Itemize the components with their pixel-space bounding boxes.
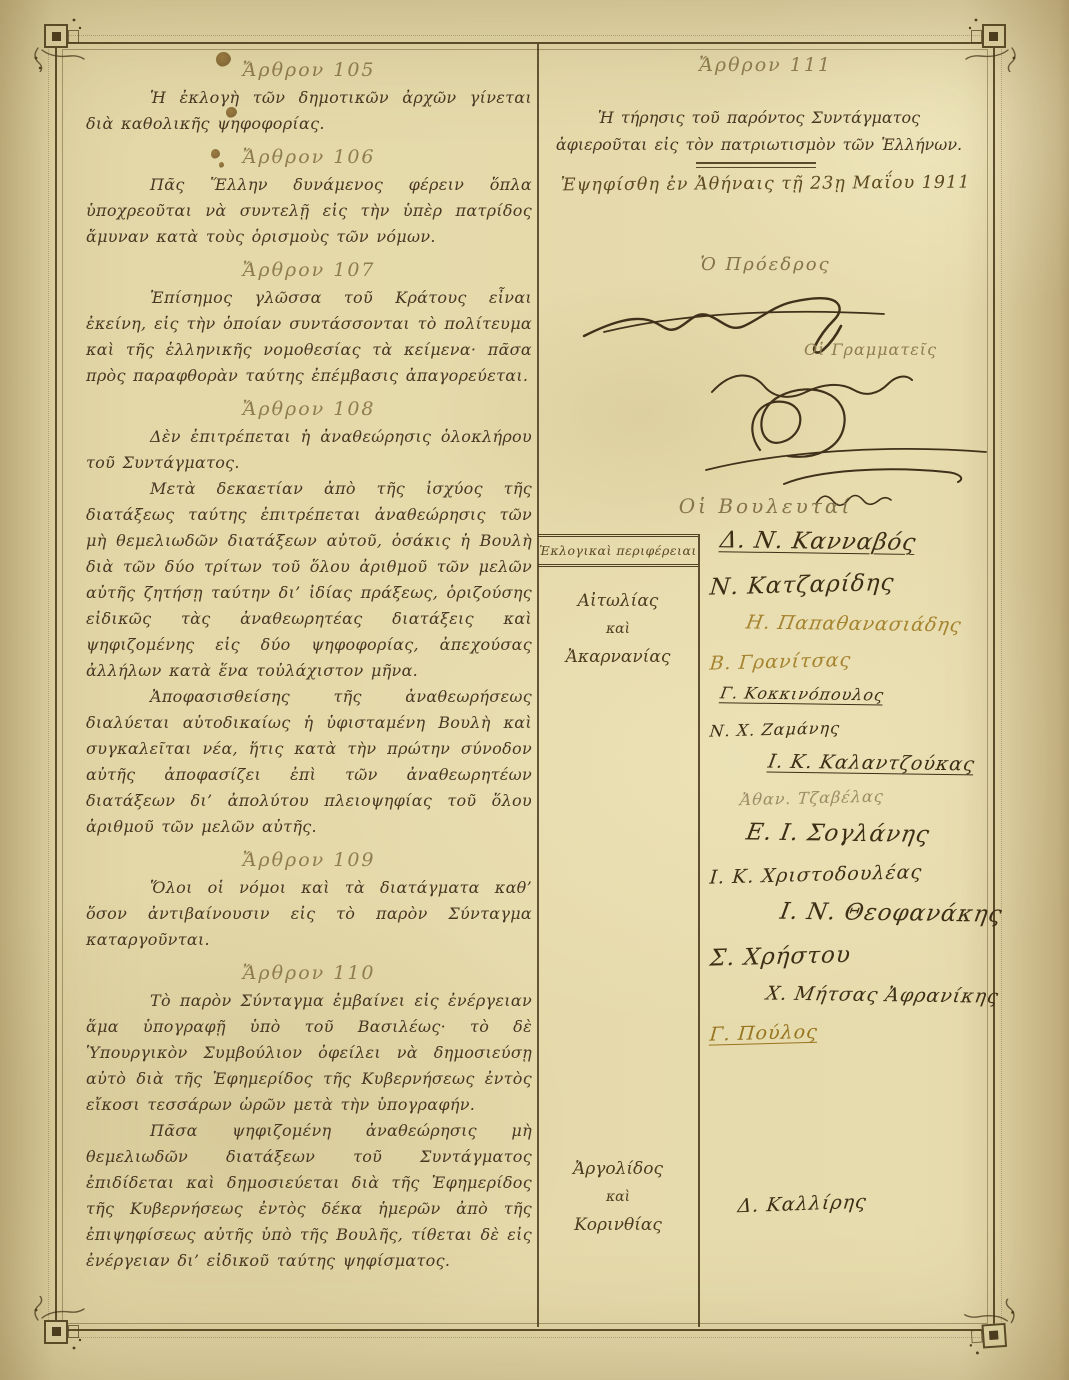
corner-square-small-icon (971, 1330, 983, 1344)
article-paragraph: Πᾶς Ἕλλην δυνάμενος φέρειν ὅπλα ὑποχρεοῦ… (86, 172, 532, 250)
deputy-signatures-list: Δ. Καλλίρης (738, 1192, 867, 1217)
corner-square-icon (44, 1320, 68, 1344)
table-column-divider (698, 534, 700, 1327)
district-line: Αἰτωλίας (538, 587, 698, 615)
deputy-signature: Δ. Καλλίρης (736, 1190, 868, 1219)
deputy-signature: Ι. Ν. Θεοφανάκης (778, 897, 1001, 930)
deputy-signatures-list: Δ. Ν. ΚανναβόςΝ. ΚατζαρίδηςΗ. Παπαθανασι… (710, 528, 988, 1044)
deputy-signature: Β. Γρανίτσας (709, 645, 990, 677)
article-heading: Ἄρθρον 111 (538, 54, 993, 76)
table-header-districts: Ἐκλογικαὶ περιφέρειαι (538, 534, 698, 567)
corner-square-icon (44, 24, 68, 48)
corner-square-small-icon (68, 1325, 79, 1338)
article-paragraph: Ὅλοι οἱ νόμοι καὶ τὰ διατάγματα καθ’ ὅσο… (86, 875, 532, 953)
deputy-signature: Ι. Κ. Καλαντζούκας (766, 749, 1000, 777)
corner-ornament-icon (28, 8, 92, 72)
article-body: Ὅλοι οἱ νόμοι καὶ τὰ διατάγματα καθ’ ὅσο… (86, 875, 532, 953)
article: Ἄρθρον 110 Τὸ παρὸν Σύνταγμα ἐμβαίνει εἰ… (86, 962, 532, 1274)
deputy-signature: Χ. Μήτσας Ἀφρανίκης (764, 981, 1000, 1009)
article-paragraph: Μετὰ δεκαετίαν ἀπὸ τῆς ἰσχύος τῆς διατάξ… (86, 476, 532, 684)
corner-square-small-icon (68, 30, 79, 43)
article-heading: Ἄρθρον 105 (86, 59, 532, 81)
article-paragraph: Ἡ τήρησις τοῦ παρόντος Συντάγματος ἀφιερ… (554, 104, 964, 158)
article-heading: Ἄρθρον 107 (86, 259, 532, 281)
article-paragraph: Ἀποφασισθείσης τῆς ἀναθεωρήσεως διαλύετα… (86, 684, 532, 840)
deputy-signature: Ν. Κατζαρίδης (708, 566, 989, 603)
article-body: Δὲν ἐπιτρέπεται ἡ ἀναθεώρησις ὁλοκλήρου … (86, 424, 532, 840)
article-paragraph: Ἡ ἐκλογὴ τῶν δημοτικῶν ἀρχῶν γίνεται διὰ… (86, 85, 532, 137)
article-body: Τὸ παρὸν Σύνταγμα ἐμβαίνει εἰς ἐνέργειαν… (86, 988, 532, 1274)
deputies-label: Οἱ Βουλευταί (538, 494, 993, 518)
district-line: Ἀκαρνανίας (538, 643, 698, 671)
district-line: καὶ (538, 1183, 698, 1211)
deputy-signature: Σ. Χρήστου (708, 937, 989, 974)
district-label-aitolia-akarnania: Αἰτωλίας καὶ Ἀκαρνανίας (538, 587, 698, 671)
right-column: Ἄρθρον 111 Ἡ τήρησις τοῦ παρόντος Συντάγ… (538, 42, 993, 1327)
article: Ἄρθρον 105 Ἡ ἐκλογὴ τῶν δημοτικῶν ἀρχῶν … (86, 59, 532, 137)
article-body: Ἡ ἐκλογὴ τῶν δημοτικῶν ἀρχῶν γίνεται διὰ… (86, 85, 532, 137)
left-column: Ἄρθρον 105 Ἡ ἐκλογὴ τῶν δημοτικῶν ἀρχῶν … (86, 50, 532, 1274)
double-rule (696, 162, 816, 168)
article: Ἄρθρον 107 Ἐπίσημος γλῶσσα τοῦ Κράτους ε… (86, 259, 532, 389)
deputy-signature: Η. Παπαθανασιάδης (744, 610, 1000, 638)
deputy-signature: Ε. Ι. Σογλάνης (744, 819, 1001, 852)
deputy-signature: Ν. Χ. Ζαμάνης (709, 714, 989, 742)
article-heading: Ἄρθρον 110 (86, 962, 532, 984)
article: Ἄρθρον 106 Πᾶς Ἕλλην δυνάμενος φέρειν ὅπ… (86, 146, 532, 250)
deputy-signature: Ἀθαν. Τζαβέλας (739, 784, 989, 811)
deputy-signature: Ι. Κ. Χριστοδουλέας (709, 858, 990, 890)
article-heading: Ἄρθρον 109 (86, 849, 532, 871)
district-line: Ἀργολίδος (538, 1155, 698, 1183)
article-body: Πᾶς Ἕλλην δυνάμενος φέρειν ὅπλα ὑποχρεοῦ… (86, 172, 532, 250)
article: Ἄρθρον 109 Ὅλοι οἱ νόμοι καὶ τὰ διατάγμα… (86, 849, 532, 953)
article-heading: Ἄρθρον 108 (86, 398, 532, 420)
article-paragraph: Πᾶσα ψηφιζομένη ἀναθεώρησις μὴ θεμελιωδῶ… (86, 1118, 532, 1274)
enactment-date: Ἐψηφίσθη ἐν Ἀθήναις τῇ 23ῃ Μαΐου 1911 (538, 172, 993, 195)
deputy-signature: Γ. Κοκκινόπουλος (719, 683, 1000, 708)
deputy-signature: Γ. Πούλος (709, 1016, 990, 1048)
district-line: Κορινθίας (538, 1211, 698, 1239)
article-heading: Ἄρθρον 106 (86, 146, 532, 168)
article: Ἄρθρον 108 Δὲν ἐπιτρέπεται ἡ ἀναθεώρησις… (86, 398, 532, 840)
article-paragraph: Τὸ παρὸν Σύνταγμα ἐμβαίνει εἰς ἐνέργειαν… (86, 988, 532, 1118)
district-line: καὶ (538, 615, 698, 643)
president-label: Ὁ Πρόεδρος (538, 254, 993, 275)
deputy-signature: Δ. Ν. Κανναβός (718, 526, 1001, 560)
corner-ornament-icon (28, 1296, 92, 1360)
article-paragraph: Δὲν ἐπιτρέπεται ἡ ἀναθεώρησις ὁλοκλήρου … (86, 424, 532, 476)
article-paragraph: Ἐπίσημος γλῶσσα τοῦ Κράτους εἶναι ἐκείνη… (86, 285, 532, 389)
parchment-page: Ἄρθρον 105 Ἡ ἐκλογὴ τῶν δημοτικῶν ἀρχῶν … (0, 0, 1069, 1380)
district-label-argolis-korinthia: Ἀργολίδος καὶ Κορινθίας (538, 1155, 698, 1239)
article-body: Ἐπίσημος γλῶσσα τοῦ Κράτους εἶναι ἐκείνη… (86, 285, 532, 389)
